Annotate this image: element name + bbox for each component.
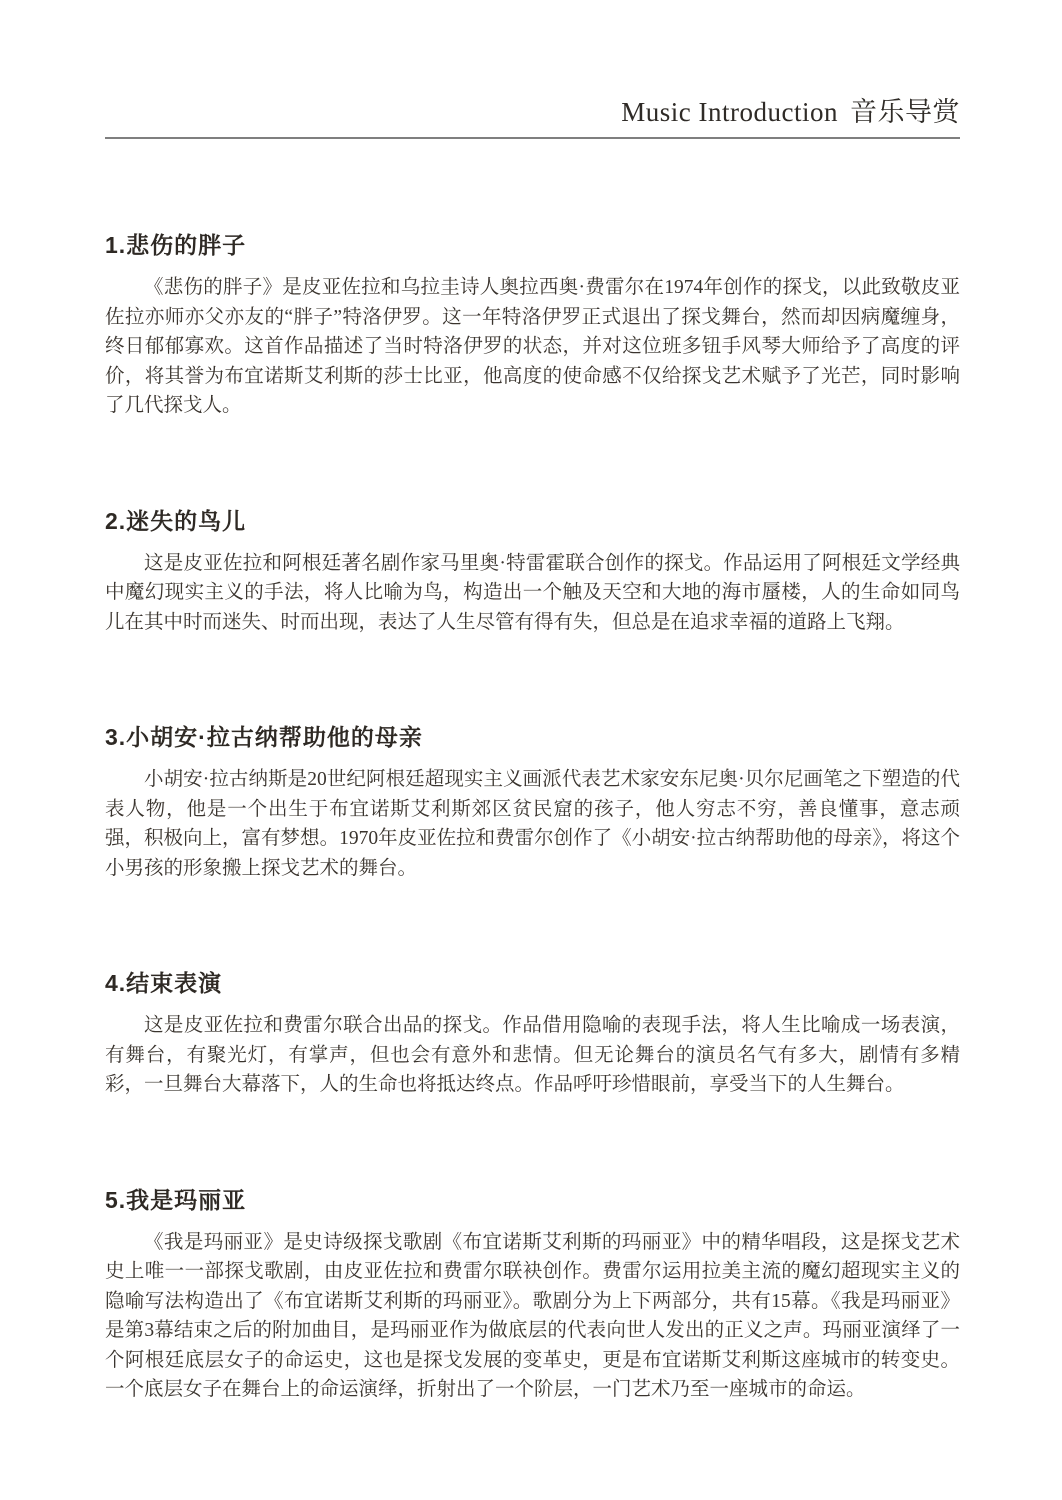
document-page: Music Introduction音乐导赏 1.悲伤的胖子 《悲伤的胖子》是皮…: [0, 0, 1062, 1500]
section-paragraph: 《悲伤的胖子》是皮亚佐拉和乌拉圭诗人奥拉西奥·费雷尔在1974年创作的探戈，以此…: [105, 273, 960, 421]
section-heading: 1.悲伤的胖子: [105, 227, 960, 260]
music-section: 5.我是玛丽亚 《我是玛丽亚》是史诗级探戈歌剧《布宜诺斯艾利斯的玛丽亚》中的精华…: [105, 1182, 960, 1405]
section-heading: 5.我是玛丽亚: [105, 1182, 960, 1215]
section-heading: 2.迷失的鸟儿: [105, 503, 960, 536]
section-paragraph: 这是皮亚佐拉和费雷尔联合出品的探戈。作品借用隐喻的表现手法，将人生比喻成一场表演…: [105, 1011, 960, 1100]
section-heading: 4.结束表演: [105, 965, 960, 998]
section-paragraph: 《我是玛丽亚》是史诗级探戈歌剧《布宜诺斯艾利斯的玛丽亚》中的精华唱段，这是探戈艺…: [105, 1228, 960, 1405]
page-title: Music Introduction音乐导赏: [105, 96, 960, 128]
section-paragraph: 小胡安·拉古纳斯是20世纪阿根廷超现实主义画派代表艺术家安东尼奥·贝尔尼画笔之下…: [105, 765, 960, 883]
header-title-chinese: 音乐导赏: [850, 97, 960, 127]
music-section: 4.结束表演 这是皮亚佐拉和费雷尔联合出品的探戈。作品借用隐喻的表现手法，将人生…: [105, 965, 960, 1100]
header-title-english: Music Introduction: [621, 97, 838, 127]
header-rule: [105, 137, 960, 139]
section-heading: 3.小胡安·拉古纳帮助他的母亲: [105, 719, 960, 752]
music-section: 3.小胡安·拉古纳帮助他的母亲 小胡安·拉古纳斯是20世纪阿根廷超现实主义画派代…: [105, 719, 960, 883]
sections-container: 1.悲伤的胖子 《悲伤的胖子》是皮亚佐拉和乌拉圭诗人奥拉西奥·费雷尔在1974年…: [105, 227, 960, 1405]
music-section: 1.悲伤的胖子 《悲伤的胖子》是皮亚佐拉和乌拉圭诗人奥拉西奥·费雷尔在1974年…: [105, 227, 960, 421]
page-header: Music Introduction音乐导赏: [105, 0, 960, 139]
section-paragraph: 这是皮亚佐拉和阿根廷著名剧作家马里奥·特雷霍联合创作的探戈。作品运用了阿根廷文学…: [105, 549, 960, 638]
music-section: 2.迷失的鸟儿 这是皮亚佐拉和阿根廷著名剧作家马里奥·特雷霍联合创作的探戈。作品…: [105, 503, 960, 638]
